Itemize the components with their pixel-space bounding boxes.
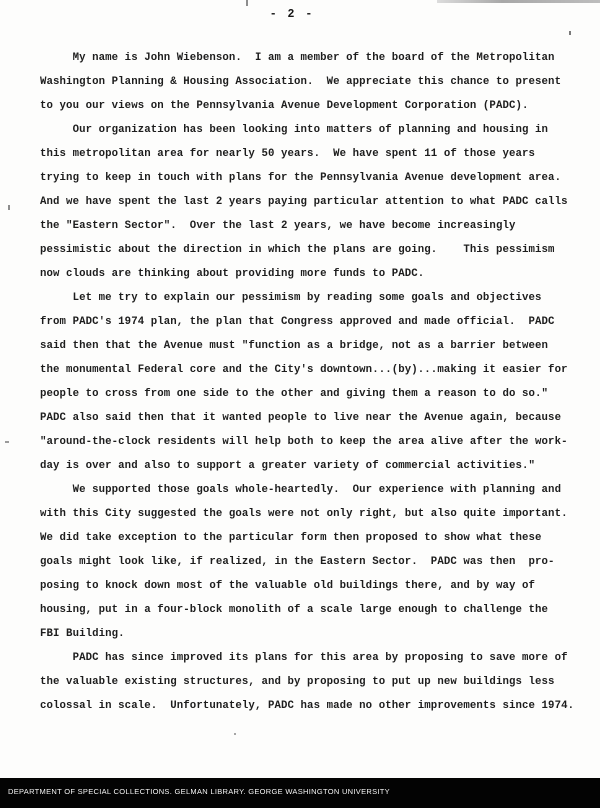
- scan-artifact-tick: [246, 0, 248, 6]
- text-line: Washington Planning & Housing Associatio…: [40, 70, 585, 94]
- text-line: "around-the-clock residents will help bo…: [40, 430, 585, 454]
- text-line: Let me try to explain our pessimism by r…: [40, 286, 585, 310]
- text-line: from PADC's 1974 plan, the plan that Con…: [40, 310, 585, 334]
- text-line: the "Eastern Sector". Over the last 2 ye…: [40, 214, 585, 238]
- paragraph: Our organization has been looking into m…: [40, 118, 585, 286]
- text-line: to you our views on the Pennsylvania Ave…: [40, 94, 585, 118]
- text-line: day is over and also to support a greate…: [40, 454, 585, 478]
- text-line: goals might look like, if realized, in t…: [40, 550, 585, 574]
- archive-footer-bar: DEPARTMENT OF SPECIAL COLLECTIONS. GELMA…: [0, 778, 600, 808]
- text-line: with this City suggested the goals were …: [40, 502, 585, 526]
- text-line: PADC has since improved its plans for th…: [40, 646, 585, 670]
- text-line: posing to knock down most of the valuabl…: [40, 574, 585, 598]
- scan-artifact-top-strip: [437, 0, 600, 3]
- text-line: My name is John Wiebenson. I am a member…: [40, 46, 585, 70]
- text-line: the valuable existing structures, and by…: [40, 670, 585, 694]
- text-line: people to cross from one side to the oth…: [40, 382, 585, 406]
- scan-artifact-dot: [234, 733, 236, 735]
- text-line: PADC also said then that it wanted peopl…: [40, 406, 585, 430]
- archive-credit-line: DEPARTMENT OF SPECIAL COLLECTIONS. GELMA…: [8, 787, 390, 796]
- document-page: - 2 - My name is John Wiebenson. I am a …: [0, 0, 600, 808]
- text-line: this metropolitan area for nearly 50 yea…: [40, 142, 585, 166]
- text-line: said then that the Avenue must "function…: [40, 334, 585, 358]
- paragraph: PADC has since improved its plans for th…: [40, 646, 585, 718]
- paragraph: We supported those goals whole-heartedly…: [40, 478, 585, 646]
- text-line: housing, put in a four-block monolith of…: [40, 598, 585, 622]
- scan-artifact-mark: [8, 205, 10, 210]
- paragraph: My name is John Wiebenson. I am a member…: [40, 46, 585, 118]
- page-number: - 2 -: [0, 8, 584, 21]
- text-line: We did take exception to the particular …: [40, 526, 585, 550]
- text-line: colossal in scale. Unfortunately, PADC h…: [40, 694, 585, 718]
- document-body: My name is John Wiebenson. I am a member…: [40, 46, 585, 718]
- text-line: Our organization has been looking into m…: [40, 118, 585, 142]
- text-line: We supported those goals whole-heartedly…: [40, 478, 585, 502]
- text-line: the monumental Federal core and the City…: [40, 358, 585, 382]
- text-line: And we have spent the last 2 years payin…: [40, 190, 585, 214]
- text-line: FBI Building.: [40, 622, 585, 646]
- scan-artifact-dot: [569, 31, 571, 35]
- text-line: now clouds are thinking about providing …: [40, 262, 585, 286]
- text-line: trying to keep in touch with plans for t…: [40, 166, 585, 190]
- text-line: pessimistic about the direction in which…: [40, 238, 585, 262]
- scan-artifact-mark: [5, 441, 9, 443]
- paragraph: Let me try to explain our pessimism by r…: [40, 286, 585, 478]
